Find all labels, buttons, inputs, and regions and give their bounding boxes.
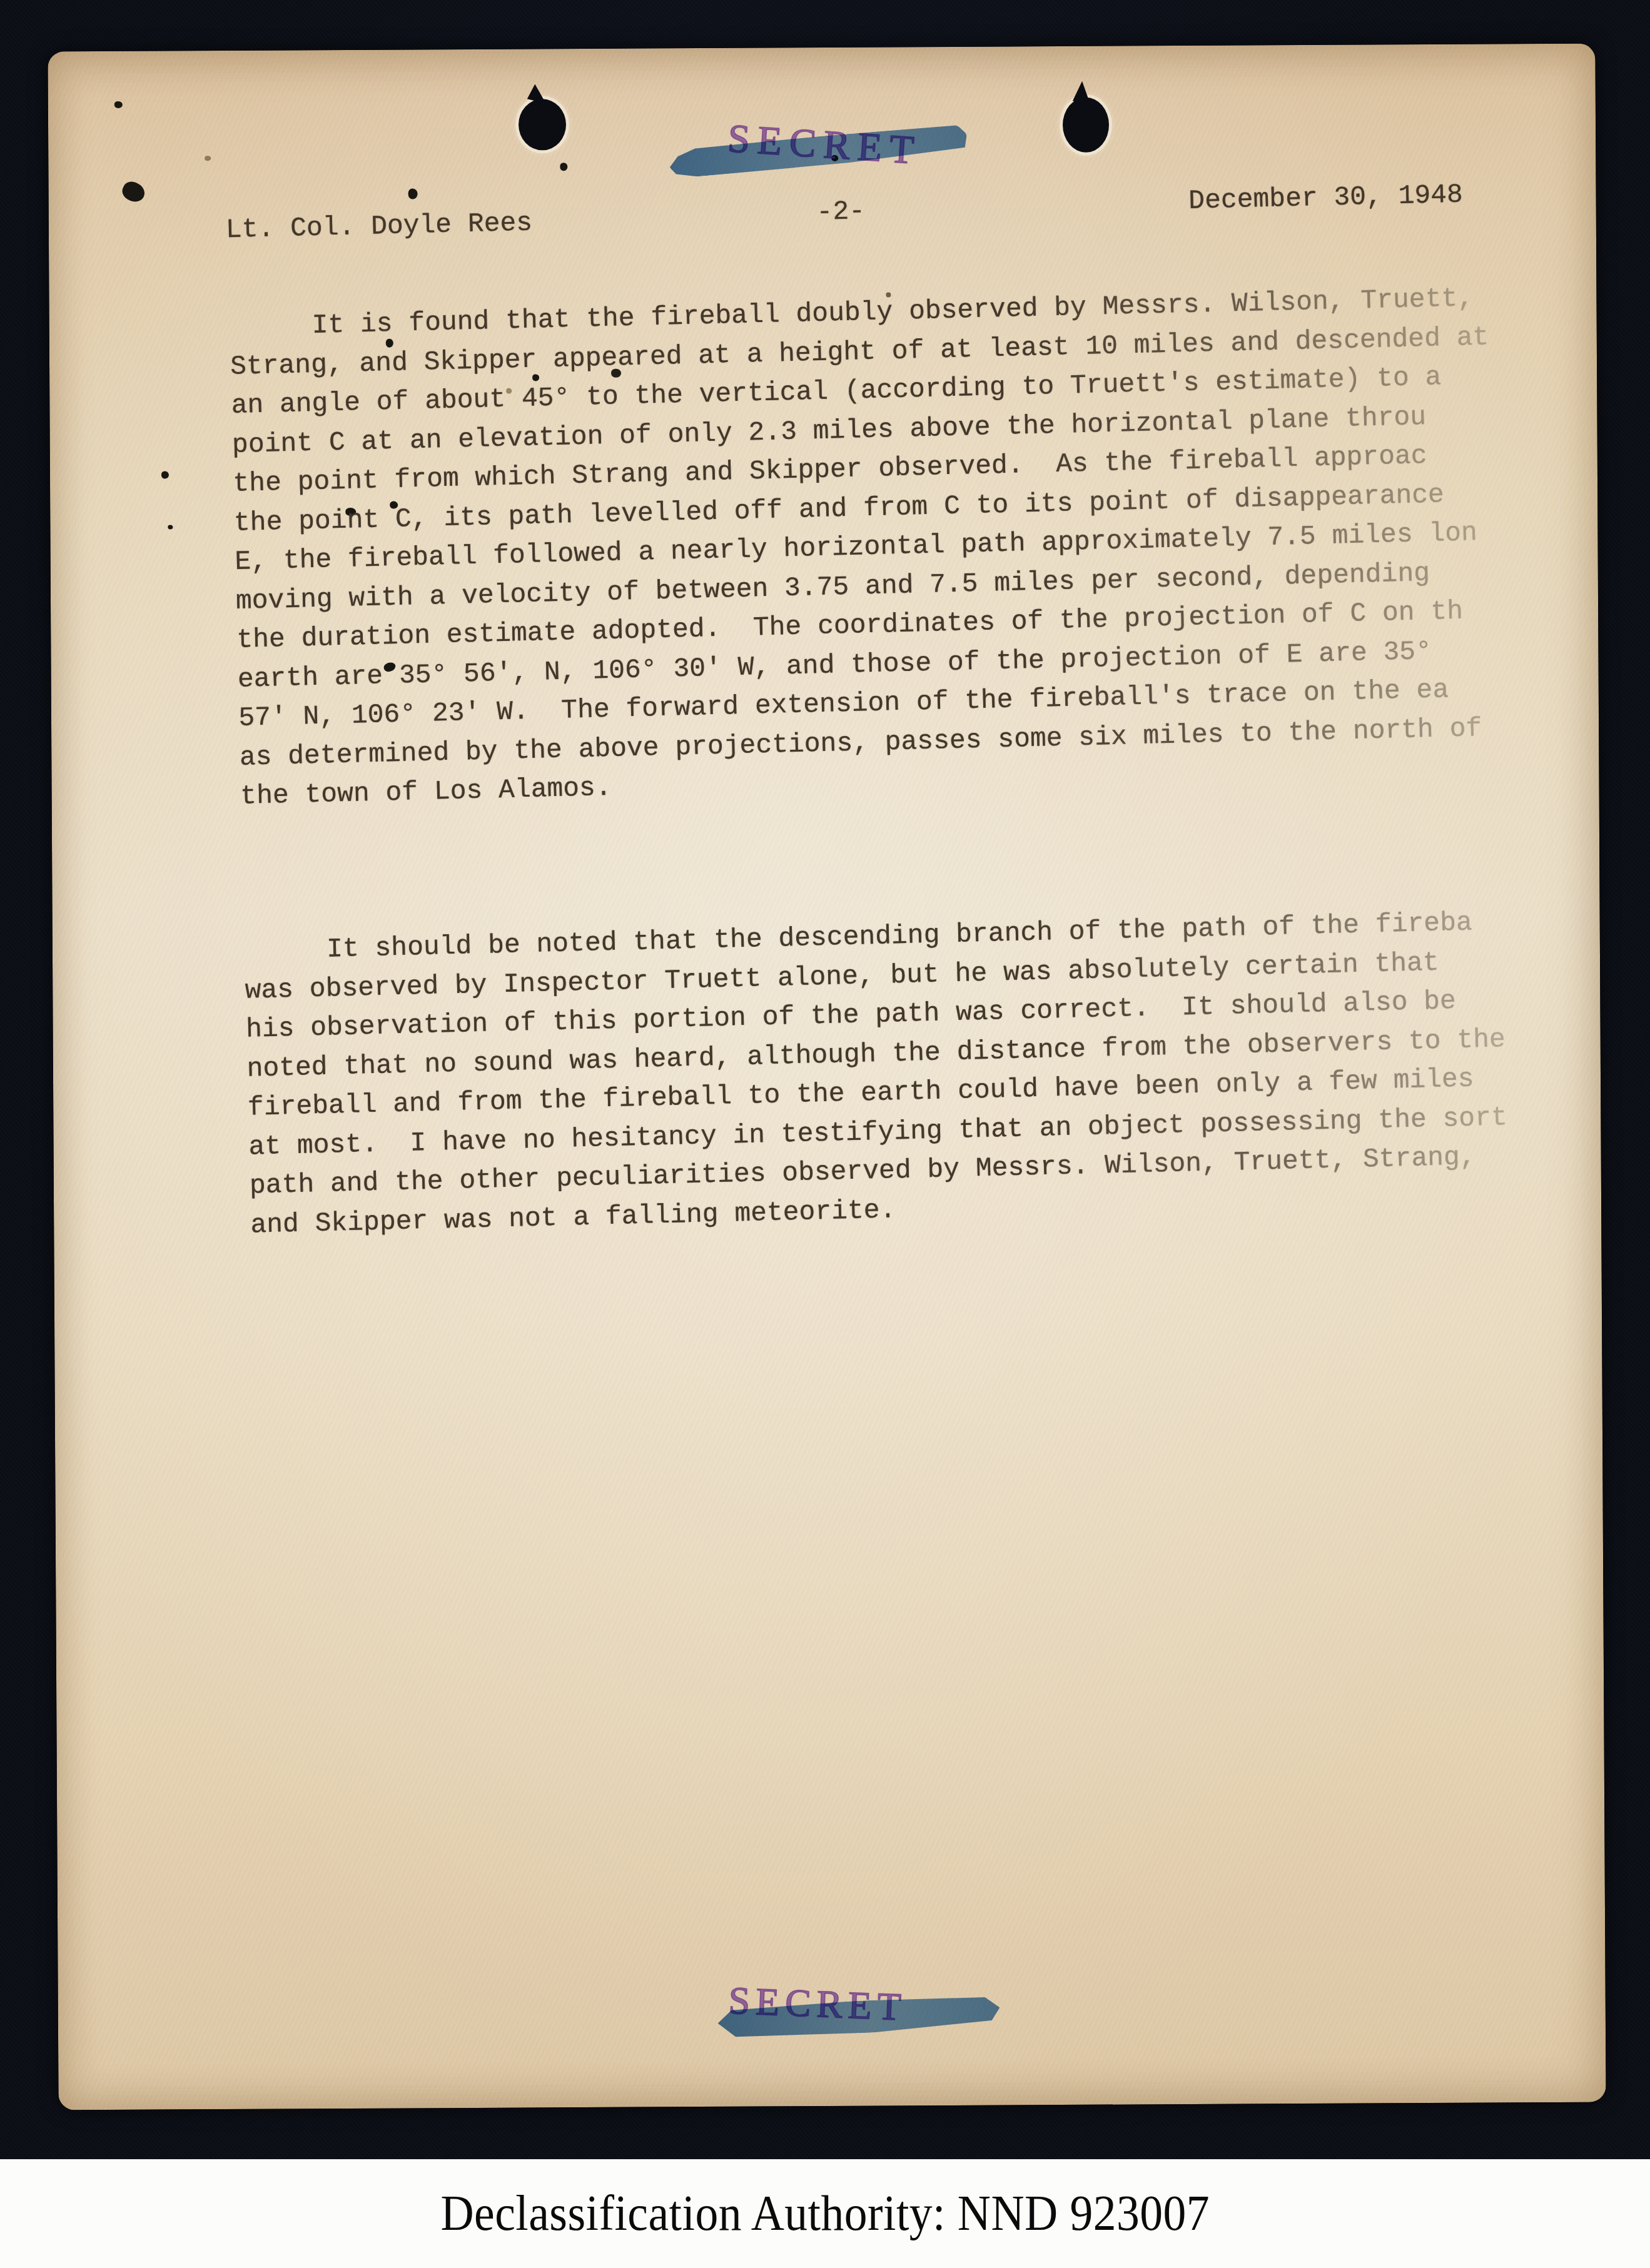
header-date: December 30, 1948 [1188,179,1464,216]
declassification-strip: Declassification Authority: NND 923007 [0,2159,1650,2268]
header-page-number: -2- [816,196,866,228]
declassification-text: Declassification Authority: NND 923007 [440,2185,1210,2242]
paragraph-2: It should be noted that the descending b… [243,900,1614,1244]
typed-content: Lt. Col. Doyle Rees -2- December 30, 194… [35,19,1631,2113]
document-page: SECRET Lt. Col. Doyle Rees -2- December … [48,44,1606,2110]
paragraph-1: It is found that the fireball doubly obs… [229,276,1604,817]
scanned-document: SECRET Lt. Col. Doyle Rees -2- December … [0,0,1650,2268]
scan-background-matte: SECRET Lt. Col. Doyle Rees -2- December … [0,0,1650,2159]
header-addressee: Lt. Col. Doyle Rees [225,208,532,246]
